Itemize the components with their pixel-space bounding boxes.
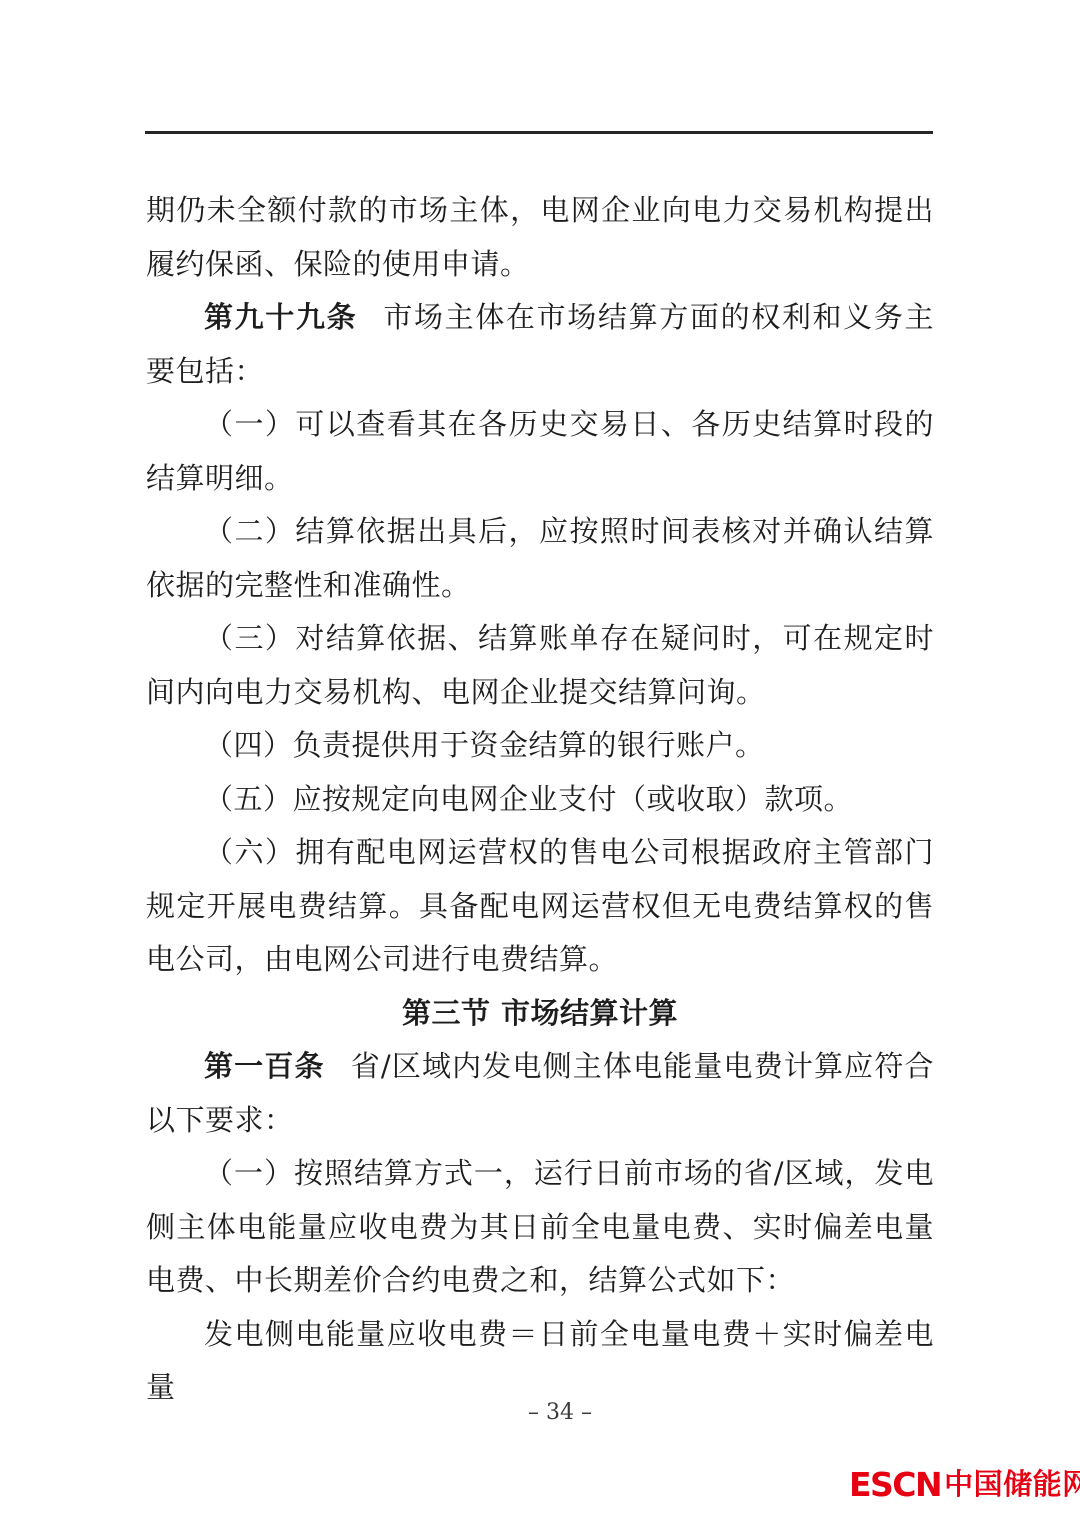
paragraph-continuation: 期仍未全额付款的市场主体，电网企业向电力交易机构提出履约保函、保险的使用申请。 bbox=[146, 184, 934, 291]
header-rule bbox=[145, 131, 933, 134]
paragraph-section-heading: 第三节 市场结算计算 bbox=[146, 987, 934, 1041]
article-number: 第一百条 bbox=[204, 1049, 325, 1083]
paragraph-formula: 发电侧电能量应收电费＝日前全电量电费＋实时偏差电量 bbox=[146, 1308, 934, 1415]
paragraph-item: （一）可以查看其在各历史交易日、各历史结算时段的结算明细。 bbox=[146, 398, 934, 505]
escn-logo: ESCN 中国储能网 bbox=[849, 1468, 1080, 1501]
paragraph-item: （二）结算依据出具后，应按照时间表核对并确认结算依据的完整性和准确性。 bbox=[146, 505, 934, 612]
paragraph-article: 第九十九条市场主体在市场结算方面的权利和义务主要包括： bbox=[146, 291, 934, 398]
escn-logo-latin-text: ESCN bbox=[849, 1468, 941, 1501]
paragraph-item: （五）应按规定向电网企业支付（或收取）款项。 bbox=[146, 773, 934, 827]
paragraph-item: （三）对结算依据、结算账单存在疑问时，可在规定时间内向电力交易机构、电网企业提交… bbox=[146, 612, 934, 719]
page-number: – 34 – bbox=[480, 1400, 640, 1426]
paragraph-article: 第一百条省/区域内发电侧主体电能量电费计算应符合以下要求： bbox=[146, 1040, 934, 1147]
document-body: 期仍未全额付款的市场主体，电网企业向电力交易机构提出履约保函、保险的使用申请。第… bbox=[146, 184, 934, 1415]
paragraph-item: （四）负责提供用于资金结算的银行账户。 bbox=[146, 719, 934, 773]
paragraph-item: （六）拥有配电网运营权的售电公司根据政府主管部门规定开展电费结算。具备配电网运营… bbox=[146, 826, 934, 987]
article-number: 第九十九条 bbox=[204, 300, 357, 334]
document-page: 期仍未全额付款的市场主体，电网企业向电力交易机构提出履约保函、保险的使用申请。第… bbox=[0, 0, 1080, 1527]
escn-logo-chinese-text: 中国储能网 bbox=[944, 1468, 1080, 1501]
paragraph-item: （一）按照结算方式一，运行日前市场的省/区域，发电侧主体电能量应收电费为其日前全… bbox=[146, 1147, 934, 1308]
